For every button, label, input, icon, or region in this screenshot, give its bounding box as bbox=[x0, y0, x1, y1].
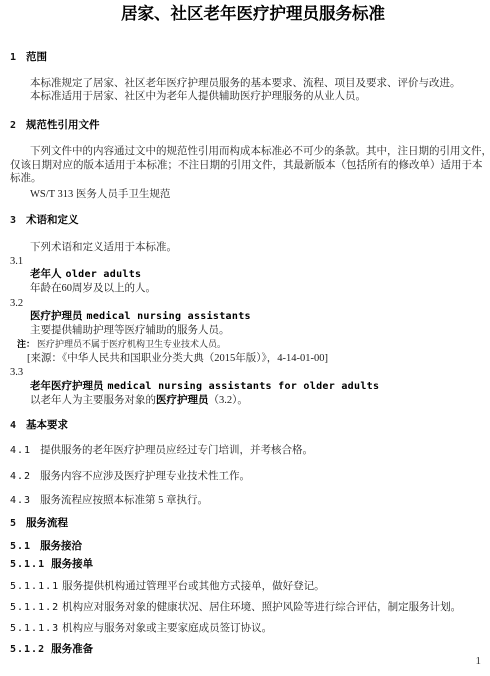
section-5-heading: 5服务流程 bbox=[10, 517, 68, 530]
note-label: 注： bbox=[17, 339, 35, 349]
section-4-heading: 4基本要求 bbox=[10, 419, 68, 432]
clause-5-1-1-3: 5.1.1.3机构应与服务对象或主要家庭成员签订协议。 bbox=[10, 622, 272, 635]
clause-text: 机构应与服务对象或主要家庭成员签订协议。 bbox=[62, 623, 272, 634]
subsection-title: 服务准备 bbox=[51, 643, 93, 655]
doc-title: 居家、社区老年医疗护理员服务标准 bbox=[0, 5, 490, 24]
subsection-number: 5.1.1 bbox=[10, 558, 45, 571]
document-page: 居家、社区老年医疗护理员服务标准 1范围 本标准规定了居家、社区老年医疗护理员服… bbox=[0, 0, 490, 676]
term-name-en: medical nursing assistants bbox=[87, 311, 251, 322]
term-name-line: 医疗护理员medical nursing assistants bbox=[30, 310, 251, 323]
section-2-number: 2 bbox=[10, 119, 17, 132]
term-name-cn: 老年人 bbox=[30, 268, 62, 280]
term-number: 3.1 bbox=[10, 255, 23, 268]
clause-text: 提供服务的老年医疗护理员应经过专门培训，并考核合格。 bbox=[40, 445, 313, 456]
definition-bold-term: 医疗护理员 bbox=[156, 394, 209, 406]
clause-number: 5.1.1.2 bbox=[10, 601, 59, 614]
section-5-number: 5 bbox=[10, 517, 17, 530]
subsection-number: 5.1.2 bbox=[10, 643, 45, 656]
section-4-title: 基本要求 bbox=[26, 419, 68, 431]
section-3-number: 3 bbox=[10, 214, 17, 227]
term-name-cn: 医疗护理员 bbox=[30, 310, 83, 322]
subsection-number: 5.1 bbox=[10, 540, 31, 553]
section-1-heading: 1范围 bbox=[10, 51, 47, 64]
term-source-reference: [来源：《中华人民共和国职业分类大典（2015年版）》，4-14-01-00] bbox=[27, 352, 328, 365]
definition-suffix: （3.2）。 bbox=[209, 395, 248, 406]
scope-paragraph-line-2: 本标准适用于居家、社区中为老年人提供辅助医疗护理服务的从业人员。 bbox=[30, 90, 366, 103]
terms-intro: 下列术语和定义适用于本标准。 bbox=[30, 241, 177, 254]
section-2-heading: 2规范性引用文件 bbox=[10, 119, 100, 132]
clause-5-1-1-2: 5.1.1.2机构应对服务对象的健康状况、居住环境、照护风险等进行综合评估，制定… bbox=[10, 601, 461, 614]
term-name-en: older adults bbox=[66, 269, 142, 280]
normative-ref-paragraph-line-3: 标准。 bbox=[10, 172, 42, 185]
clause-text: 服务提供机构通过管理平台或其他方式接单，做好登记。 bbox=[62, 581, 325, 592]
section-1-title: 范围 bbox=[26, 51, 47, 63]
section-2-title: 规范性引用文件 bbox=[26, 119, 100, 131]
clause-4-1: 4.1提供服务的老年医疗护理员应经过专门培训，并考核合格。 bbox=[10, 444, 313, 457]
clause-number: 4.2 bbox=[10, 470, 31, 483]
clause-number: 5.1.1.3 bbox=[10, 622, 59, 635]
term-definition: 主要提供辅助护理等医疗辅助的服务人员。 bbox=[30, 324, 230, 337]
term-name-line: 老年人older adults bbox=[30, 268, 141, 281]
section-1-number: 1 bbox=[10, 51, 17, 64]
normative-ref-paragraph-line-2: 仅该日期对应的版本适用于本标准；不注日期的引用文件，其最新版本（包括所有的修改单… bbox=[10, 159, 483, 172]
subsection-5-1-1-heading: 5.1.1服务接单 bbox=[10, 558, 93, 571]
subsection-5-1-2-heading: 5.1.2服务准备 bbox=[10, 643, 93, 656]
clause-text: 服务流程应按照本标准第 5 章执行。 bbox=[40, 495, 208, 506]
term-name-en: medical nursing assistants for older adu… bbox=[108, 381, 380, 392]
section-5-title: 服务流程 bbox=[26, 517, 68, 529]
definition-prefix: 以老年人为主要服务对象的 bbox=[30, 395, 156, 406]
section-4-number: 4 bbox=[10, 419, 17, 432]
subsection-title: 服务接洽 bbox=[40, 540, 82, 552]
clause-number: 4.1 bbox=[10, 444, 31, 457]
term-name-line: 老年医疗护理员medical nursing assistants for ol… bbox=[30, 380, 379, 393]
note-text: 医疗护理员不属于医疗机构卫生专业技术人员。 bbox=[37, 339, 226, 349]
term-note: 注：医疗护理员不属于医疗机构卫生专业技术人员。 bbox=[17, 339, 226, 350]
subsection-5-1-heading: 5.1服务接洽 bbox=[10, 540, 82, 553]
clause-number: 4.3 bbox=[10, 494, 31, 507]
term-name-cn: 老年医疗护理员 bbox=[30, 380, 104, 392]
normative-ref-paragraph-line-1: 下列文件中的内容通过文中的规范性引用而构成本标准必不可少的条款。其中，注日期的引… bbox=[30, 145, 490, 158]
scope-paragraph-line-1: 本标准规定了居家、社区老年医疗护理员服务的基本要求、流程、项目及要求、评价与改进… bbox=[30, 77, 461, 90]
clause-4-2: 4.2服务内容不应涉及医疗护理专业技术性工作。 bbox=[10, 470, 250, 483]
section-3-heading: 3术语和定义 bbox=[10, 214, 79, 227]
clause-number: 5.1.1.1 bbox=[10, 580, 59, 593]
clause-text: 机构应对服务对象的健康状况、居住环境、照护风险等进行综合评估，制定服务计划。 bbox=[62, 602, 461, 613]
clause-5-1-1-1: 5.1.1.1服务提供机构通过管理平台或其他方式接单，做好登记。 bbox=[10, 580, 325, 593]
term-definition: 以老年人为主要服务对象的医疗护理员（3.2）。 bbox=[30, 394, 248, 407]
term-number: 3.2 bbox=[10, 297, 23, 310]
subsection-title: 服务接单 bbox=[51, 558, 93, 570]
term-definition: 年龄在60周岁及以上的人。 bbox=[30, 282, 156, 295]
clause-text: 服务内容不应涉及医疗护理专业技术性工作。 bbox=[40, 471, 250, 482]
section-3-title: 术语和定义 bbox=[26, 214, 79, 226]
clause-4-3: 4.3服务流程应按照本标准第 5 章执行。 bbox=[10, 494, 208, 507]
term-number: 3.3 bbox=[10, 366, 23, 379]
referenced-standard: WS/T 313 医务人员手卫生规范 bbox=[30, 188, 170, 201]
page-number: 1 bbox=[476, 655, 482, 667]
